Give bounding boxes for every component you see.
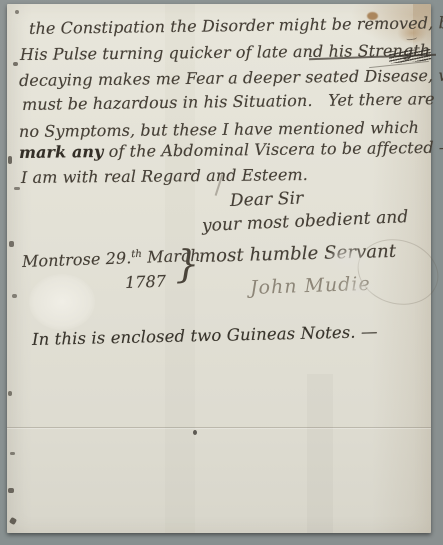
letter-line-1: the Constipation the Disorder might be r… — [29, 13, 443, 38]
ink-speck — [13, 62, 18, 66]
ink-speck — [10, 452, 15, 455]
ink-speck — [8, 156, 12, 164]
date-brace: } — [174, 242, 200, 287]
ink-speck — [14, 187, 20, 190]
ink-speck — [15, 10, 19, 14]
letter-line-5: no Symptoms, but these I have mentioned … — [19, 118, 419, 141]
ink-speck — [9, 241, 14, 247]
scan-streak — [307, 374, 333, 533]
dateline-ordinal: th — [131, 249, 142, 260]
ink-speck — [12, 294, 17, 298]
postscript: In this is enclosed two Guineas Notes. — — [32, 322, 378, 350]
ink-speck — [9, 517, 17, 525]
letter-line-7: I am with real Regard and Esteem. — [21, 165, 308, 187]
ink-speck — [193, 430, 197, 435]
ink-speck — [8, 391, 12, 396]
letter-line-4: must be hazardous in his Situation. Yet … — [22, 89, 435, 114]
fold-crease — [7, 427, 431, 428]
letter-line-6: mark any of the Abdominal Viscera to be … — [19, 138, 443, 163]
mount-background: the Constipation the Disorder might be r… — [0, 0, 443, 545]
ink-speck — [8, 488, 14, 493]
letter-line-2: His Pulse turning quicker of late and hi… — [20, 41, 430, 64]
letter-line-3: decaying makes me Fear a deeper seated D… — [19, 65, 443, 90]
salutation: Dear Sir — [230, 188, 304, 211]
closing-line-1: your most obedient and — [202, 207, 409, 236]
paper: the Constipation the Disorder might be r… — [7, 4, 431, 533]
dateline-place-day: Montrose 29. — [22, 248, 132, 271]
faded-ink-patch — [337, 276, 377, 302]
letter-line-6-rest: of the Abdominal Viscera to be affected … — [103, 138, 443, 161]
date-year: 1787 — [125, 272, 167, 293]
overwritten-words: mark any — [19, 142, 104, 162]
repair-patch — [29, 274, 95, 330]
faded-ink-patch — [325, 244, 369, 274]
